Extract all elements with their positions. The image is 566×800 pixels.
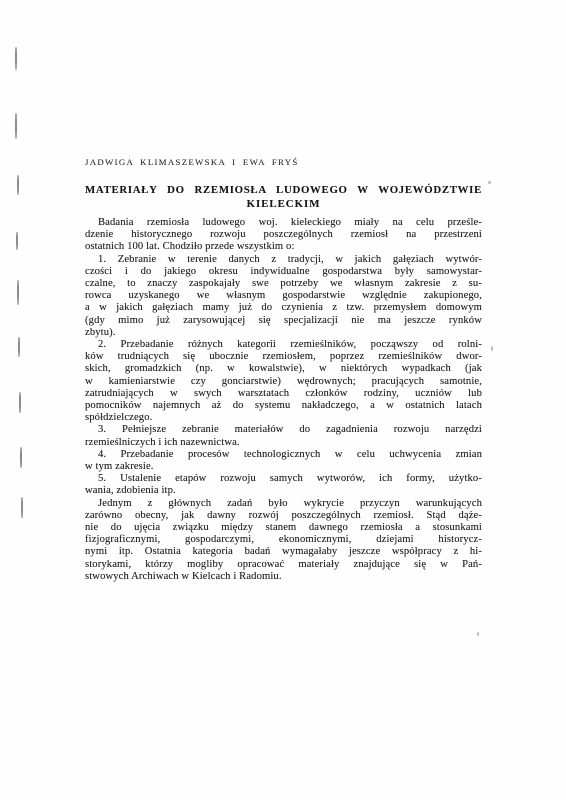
text-line: 5. Ustalenie etapów rozwoju samych wytwo… [85, 473, 482, 485]
scanned-document-page: JADWIGA KLIMASZEWSKA I EWA FRYŚ MATERIAŁ… [0, 0, 566, 800]
text-line: nie do ujęcia związku między stanem dawn… [85, 522, 482, 534]
text-line: spółdzielczego. [85, 412, 482, 424]
text-line: skich, gromadzkich (np. w kowalstwie), w… [85, 363, 482, 375]
body-text: Badania rzemiosła ludowego woj. kielecki… [85, 217, 482, 583]
text-line: ków trudniących się ubocznie rzemiosłem,… [85, 351, 482, 363]
text-line: zbytu). [85, 327, 482, 339]
text-line: zatrudniających w swych warsztatach czło… [85, 388, 482, 400]
text-line: Badania rzemiosła ludowego woj. kielecki… [85, 217, 482, 229]
text-line: pomocników najemnych aż do systemu nakła… [85, 400, 482, 412]
text-line: wania, zdobienia itp. [85, 485, 482, 497]
text-line: w tym zakresie. [85, 461, 482, 473]
text-line: nymi itp. Ostatnia kategoria badań wymag… [85, 546, 482, 558]
article-title-line-2: KIELECKIM [85, 198, 482, 212]
text-line: rowca uzyskanego we własnym gospodarstwi… [85, 290, 482, 302]
text-line: Jednym z głównych zadań było wykrycie pr… [85, 498, 482, 510]
scan-speck [491, 346, 493, 351]
scan-margin-mark [19, 392, 21, 413]
text-line: (gdy mimo już zarysowującej się specjali… [85, 315, 482, 327]
text-line: w kamieniarstwie czy gonciarstwie) wędro… [85, 376, 482, 388]
text-line: 3. Pełniejsze zebranie materiałów do zag… [85, 424, 482, 436]
text-line: a w jakich gałęziach mamy już do czynien… [85, 302, 482, 314]
text-line: 2. Przebadanie różnych kategorii rzemieś… [85, 339, 482, 351]
article-title-line-1: MATERIAŁY DO RZEMIOSŁA LUDOWEGO W WOJEWÓ… [85, 184, 482, 198]
text-line: czości i do jakiego okresu indywidualne … [85, 266, 482, 278]
text-line: fizjograficznymi, gospodarczymi, ekonomi… [85, 534, 482, 546]
text-line: 4. Przebadanie procesów technologicznych… [85, 449, 482, 461]
scan-margin-mark [15, 113, 17, 139]
text-line: dzenie historycznego rozwoju poszczególn… [85, 229, 482, 241]
scan-margin-mark [21, 497, 23, 518]
text-line: czalne, to znaczy zaspokajały swe potrze… [85, 278, 482, 290]
scan-margin-mark [17, 175, 19, 195]
scan-margin-mark [17, 280, 19, 305]
author-byline: JADWIGA KLIMASZEWSKA I EWA FRYŚ [85, 157, 482, 167]
scan-margin-mark [16, 232, 18, 250]
article-title: MATERIAŁY DO RZEMIOSŁA LUDOWEGO W WOJEWÓ… [85, 184, 482, 211]
scan-margin-mark [15, 47, 17, 70]
text-line: 1. Zebranie w terenie danych z tradycji,… [85, 254, 482, 266]
scan-speck [488, 181, 491, 184]
text-line: rzemieślniczych i ich nazewnictwa. [85, 437, 482, 449]
text-line: stwowych Archiwach w Kielcach i Radomiu. [85, 571, 482, 583]
text-line: storykami, którzy mogliby opracować mate… [85, 559, 482, 571]
scan-margin-mark [18, 337, 20, 357]
scan-speck [477, 632, 479, 636]
scan-margin-mark [20, 447, 22, 468]
text-line: ostatnich 100 lat. Chodziło przede wszys… [85, 241, 482, 253]
text-line: zarówno obecny, jak dawny rozwój poszcze… [85, 510, 482, 522]
